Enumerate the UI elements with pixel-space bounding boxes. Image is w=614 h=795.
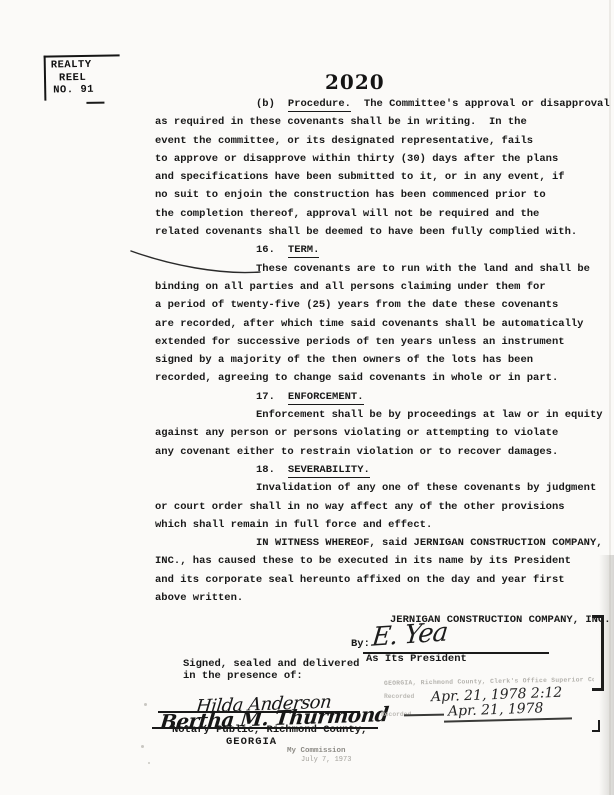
- body-line: the completion thereof, approval will no…: [155, 205, 600, 223]
- paragraph-b-first-line: (b)Procedure.The Committee's approval or…: [155, 95, 600, 113]
- by-label: By:: [351, 638, 370, 650]
- body-line: against any person or persons violating …: [155, 424, 600, 442]
- body-line: to approve or disapprove within thirty (…: [155, 150, 600, 168]
- notary-commission-label: My Commission: [287, 747, 346, 755]
- section-18-number: 18.: [256, 464, 275, 476]
- witness-clause-lead: IN WITNESS WHEREOF, said JERNIGAN CONSTR…: [155, 534, 600, 552]
- recording-stamp-label: Recorded: [384, 693, 414, 700]
- recording-stamp-header: GEORGIA, Richmond County, Clerk's Office…: [384, 676, 594, 687]
- paragraph-b-lead: The Committee's approval or disapproval: [364, 98, 610, 110]
- reel-stamp-line: REALTY: [51, 58, 117, 72]
- body-line: Invalidation of any one of these covenan…: [155, 479, 600, 497]
- page-number: 2020: [325, 70, 385, 94]
- body-line: and specifications have been submitted t…: [155, 168, 600, 186]
- body-line: related covenants shall be deemed to hav…: [155, 223, 600, 241]
- body-line: event the committee, or its designated r…: [155, 132, 600, 150]
- section-17-heading: 17.ENFORCEMENT.: [155, 388, 600, 406]
- body-line: extended for successive periods of ten y…: [155, 333, 600, 351]
- margin-bracket-small: [592, 720, 600, 732]
- body-line: recorded, agreeing to change said covena…: [155, 369, 600, 387]
- body-line: signed by a majority of the then owners …: [155, 351, 600, 369]
- reel-stamp-line: NO. 91: [51, 83, 117, 97]
- pen-mark-curve: [128, 245, 268, 281]
- reel-stamp-line: REEL: [51, 71, 117, 85]
- handwriting-dash: [404, 714, 444, 717]
- scan-speck: [144, 703, 147, 706]
- section-16-title: TERM.: [288, 244, 320, 258]
- body-line: a period of twenty-five (25) years from …: [155, 296, 600, 314]
- paragraph-b-label: (b): [256, 98, 275, 110]
- body-line: which shall remain in full force and eff…: [155, 516, 600, 534]
- body-line: above written.: [155, 589, 600, 607]
- paragraph-b-title: Procedure.: [288, 98, 351, 112]
- section-17-title: ENFORCEMENT.: [288, 391, 364, 405]
- notary-title: Notary Public, Richmond County,: [172, 724, 367, 736]
- section-18-heading: 18.SEVERABILITY.: [155, 461, 600, 479]
- body-line: INC., has caused these to be executed in…: [155, 552, 600, 570]
- scan-speck: [141, 745, 144, 748]
- recorded-date-handwriting: Apr. 21, 1978: [448, 700, 544, 719]
- section-17-number: 17.: [256, 391, 275, 403]
- body-line: or court order shall in no way affect an…: [155, 498, 600, 516]
- attestation-line: in the presence of:: [183, 670, 303, 682]
- president-signature: E. Yea: [370, 617, 448, 653]
- notary-state: GEORGIA: [226, 736, 277, 748]
- body-line: are recorded, after which time said cove…: [155, 315, 600, 333]
- president-title: As Its President: [366, 653, 467, 665]
- scan-speck: [148, 762, 150, 764]
- body-line: as required in these covenants shall be …: [155, 113, 600, 131]
- attestation-line: Signed, sealed and delivered: [183, 658, 359, 670]
- body-line: and its corporate seal hereunto affixed …: [155, 571, 600, 589]
- body-line: no suit to enjoin the construction has b…: [155, 186, 600, 204]
- body-line: any covenant either to restrain violatio…: [155, 443, 600, 461]
- realty-reel-stamp: REALTY REEL NO. 91: [44, 54, 121, 100]
- document-body: (b)Procedure.The Committee's approval or…: [155, 95, 600, 607]
- notary-commission-date: July 7, 1973: [301, 756, 351, 764]
- body-line: Enforcement shall be by proceedings at l…: [155, 406, 600, 424]
- scanned-document-page: REALTY REEL NO. 91 2020 (b)Procedure.The…: [0, 0, 614, 795]
- section-18-title: SEVERABILITY.: [288, 464, 370, 478]
